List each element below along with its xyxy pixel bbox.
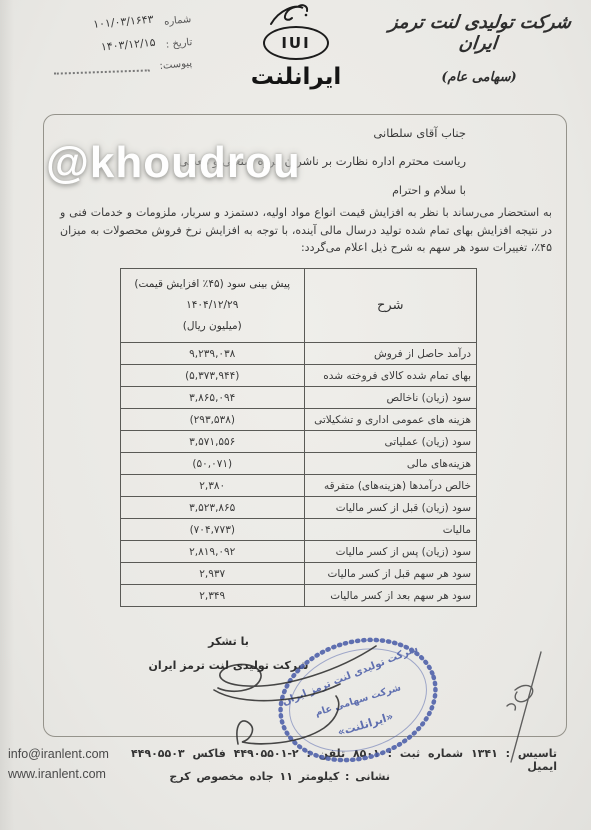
row-label: سود هر سهم بعد از کسر مالیات [304,585,477,607]
ref-number-row: شماره ۱۰۱/۰۳/۱۶۴۳ [13,13,191,32]
table-header-row: شرح پیش بینی سود (۴۵٪ افزایش قیمت) ۱۴۰۴/… [121,269,477,343]
row-value: ۹,۲۳۹,۰۳۸ [121,343,305,365]
row-label: سود هر سهم قبل از کسر مالیات [304,563,477,585]
table-row: درآمد حاصل از فروش۹,۲۳۹,۰۳۸ [121,343,477,365]
handwritten-signature [190,640,386,752]
forecast-header-line1: پیش بینی سود (۴۵٪ افزایش قیمت) [125,274,300,295]
logo-monogram: IUI [263,26,329,60]
row-label: درآمد حاصل از فروش [304,343,477,365]
table-row: هزینه های عمومی اداری و تشکیلاتی(۲۹۳,۵۳۸… [121,409,477,431]
forecast-header-line3: (میلیون ریال) [125,316,300,337]
table-row: هزینه‌های مالی(۵۰,۰۷۱) [121,453,477,475]
row-label: مالیات [304,519,477,541]
margin-paraph-signature [497,650,559,768]
row-label: بهای تمام شده کالای فروخته شده [304,365,477,387]
ref-number-label: شماره [163,14,191,28]
letterhead-company-block: شرکت تولیدی لنت ترمز ایران (سهامی عام) [379,12,579,85]
letter-paragraph: به استحضار می‌رساند با نظر به افزایش قیم… [60,204,552,257]
recipient-name: جناب آقای سلطانی [373,126,466,140]
ref-date-value: ۱۴۰۳/۱۲/۱۵ [100,36,156,54]
row-value: ۲,۹۳۷ [121,563,305,585]
company-type: (سهامی عام) [379,70,579,85]
ref-date-row: تاریخ : ۱۴۰۳/۱۲/۱۵ [14,36,192,55]
row-value: ۲,۳۴۹ [121,585,305,607]
column-header-description: شرح [304,269,477,343]
table-row: خالص درآمدها (هزینه‌های) متفرقه۲,۳۸۰ [121,475,477,497]
logo-brand-text: ایرانلنت [243,64,349,90]
table-row: سود هر سهم قبل از کسر مالیات۲,۹۳۷ [121,563,477,585]
table-row: مالیات(۷۰۴,۷۷۳) [121,519,477,541]
calligraphy-swash-icon [265,2,311,28]
footer-website: www.iranlent.com [8,767,106,781]
letter-reference-fields: شماره ۱۰۱/۰۳/۱۶۴۳ تاریخ : ۱۴۰۳/۱۲/۱۵ پیو… [13,13,193,86]
row-value: ۲,۸۱۹,۰۹۲ [121,541,305,563]
row-label: سود (زیان) پس از کسر مالیات [304,541,477,563]
ref-attachment-row: پیوست: [14,59,192,76]
ref-attachment-label: پیوست: [160,58,194,72]
row-label: هزینه های عمومی اداری و تشکیلاتی [304,409,477,431]
row-value: (۲۹۳,۵۳۸) [121,409,305,431]
row-label: سود (زیان) عملیاتی [304,431,477,453]
table-row: سود (زیان) قبل از کسر مالیات۳,۵۲۳,۸۶۵ [121,497,477,519]
row-value: (۵,۳۷۳,۹۴۴) [121,365,305,387]
row-value: ۲,۳۸۰ [121,475,305,497]
company-logo: IUI ایرانلنت [243,2,349,90]
ref-attachment-dotted-line [54,61,150,74]
row-value: ۳,۵۲۳,۸۶۵ [121,497,305,519]
table-row: سود (زیان) ناخالص۳,۸۶۵,۰۹۴ [121,387,477,409]
table-row: سود (زیان) عملیاتی۳,۵۷۱,۵۵۶ [121,431,477,453]
letter-body-frame: جناب آقای سلطانی ریاست محترم اداره نظارت… [43,114,567,737]
salutation: با سلام و احترام [392,184,466,197]
row-value: ۳,۵۷۱,۵۵۶ [121,431,305,453]
ref-date-label: تاریخ : [165,37,192,51]
scanned-letter-page: شرکت تولیدی لنت ترمز ایران (سهامی عام) I… [0,0,591,830]
column-header-forecast: پیش بینی سود (۴۵٪ افزایش قیمت) ۱۴۰۴/۱۲/۲… [121,269,305,343]
financial-forecast-table: شرح پیش بینی سود (۴۵٪ افزایش قیمت) ۱۴۰۴/… [120,268,477,607]
recipient-title: ریاست محترم اداره نظارت بر ناشران گروه ص… [179,154,466,168]
footer-address-line: نشانی : کیلومتر ۱۱ جاده مخصوص کرج [169,770,390,783]
table-row: سود (زیان) پس از کسر مالیات۲,۸۱۹,۰۹۲ [121,541,477,563]
row-value: (۷۰۴,۷۷۳) [121,519,305,541]
table-row: سود هر سهم بعد از کسر مالیات۲,۳۴۹ [121,585,477,607]
row-label: سود (زیان) قبل از کسر مالیات [304,497,477,519]
table-row: بهای تمام شده کالای فروخته شده(۵,۳۷۳,۹۴۴… [121,365,477,387]
financial-table-body: درآمد حاصل از فروش۹,۲۳۹,۰۳۸بهای تمام شده… [121,343,477,607]
footer-email: info@iranlent.com [8,747,109,761]
row-label: خالص درآمدها (هزینه‌های) متفرقه [304,475,477,497]
forecast-header-line2: ۱۴۰۴/۱۲/۲۹ [125,295,300,316]
row-label: سود (زیان) ناخالص [304,387,477,409]
row-label: هزینه‌های مالی [304,453,477,475]
row-value: (۵۰,۰۷۱) [121,453,305,475]
company-name: شرکت تولیدی لنت ترمز ایران [377,12,581,54]
row-value: ۳,۸۶۵,۰۹۴ [121,387,305,409]
ref-number-value: ۱۰۱/۰۳/۱۶۴۳ [93,13,154,31]
